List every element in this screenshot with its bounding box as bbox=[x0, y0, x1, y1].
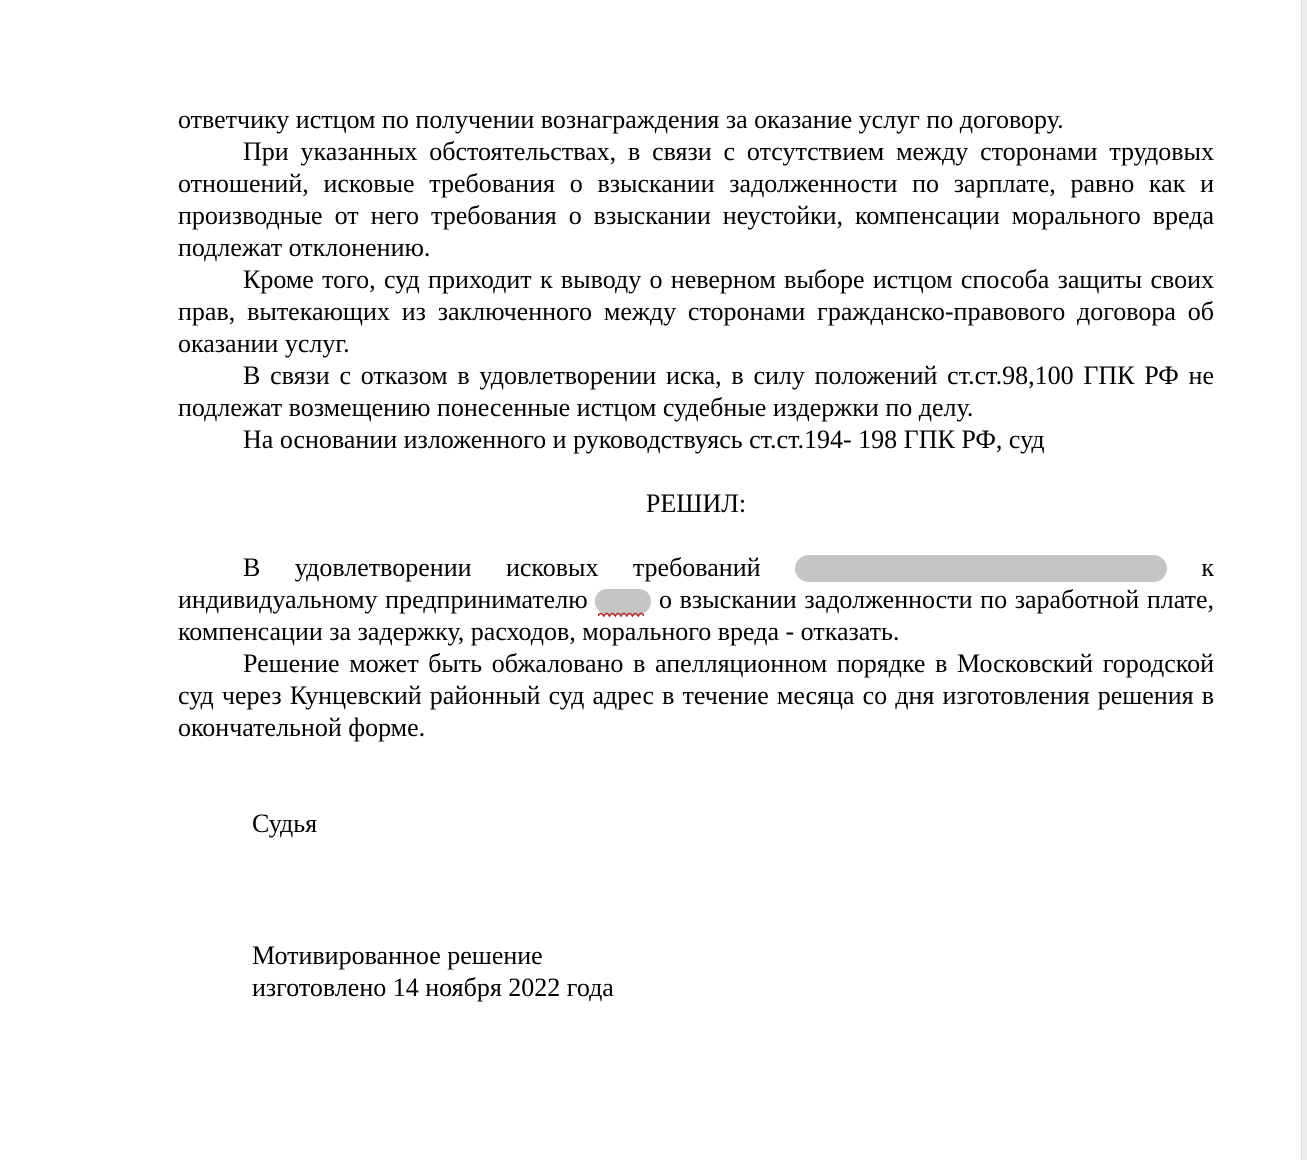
paragraph-circumstances: При указанных обстоятельствах, в связи с… bbox=[178, 136, 1214, 264]
paragraph-court-costs: В связи с отказом в удовлетворении иска,… bbox=[178, 360, 1214, 424]
decision-text-column: ответчику истцом по получении вознагражд… bbox=[178, 104, 1214, 1004]
scrollbar-track[interactable] bbox=[1301, 0, 1307, 1160]
footer-note: Мотивированное решение изготовлено 14 но… bbox=[178, 940, 1214, 1004]
operative-paragraph-rest: индивидуальному предпринимателю о взыска… bbox=[178, 584, 1214, 648]
redacted-plaintiff-name bbox=[795, 555, 1167, 582]
redacted-defendant-initials bbox=[595, 589, 651, 614]
operative-paragraph-line1: В удовлетворении исковых требований к bbox=[178, 552, 1214, 584]
paragraph-appeal-procedure: Решение может быть обжаловано в апелляци… bbox=[178, 648, 1214, 744]
operative-text-before-redaction: В удовлетворении исковых требований bbox=[243, 553, 761, 582]
judge-label: Судья bbox=[178, 808, 1214, 840]
paragraph-wrong-remedy: Кроме того, суд приходит к выводу о неве… bbox=[178, 264, 1214, 360]
operative-text-after-redaction: к bbox=[1201, 553, 1214, 582]
spellcheck-squiggle-icon bbox=[598, 611, 644, 617]
footer-line-date: изготовлено 14 ноября 2022 года bbox=[252, 972, 1214, 1004]
court-decision-page: ответчику истцом по получении вознагражд… bbox=[0, 0, 1307, 1160]
operative-defendant-intro: индивидуальному предпринимателю bbox=[178, 585, 588, 614]
resolution-heading: РЕШИЛ: bbox=[178, 488, 1214, 520]
paragraph-legal-basis: На основании изложенного и руководствуяс… bbox=[178, 424, 1214, 456]
paragraph-continuation: ответчику истцом по получении вознагражд… bbox=[178, 104, 1214, 136]
footer-line-motivated-decision: Мотивированное решение bbox=[252, 940, 1214, 972]
